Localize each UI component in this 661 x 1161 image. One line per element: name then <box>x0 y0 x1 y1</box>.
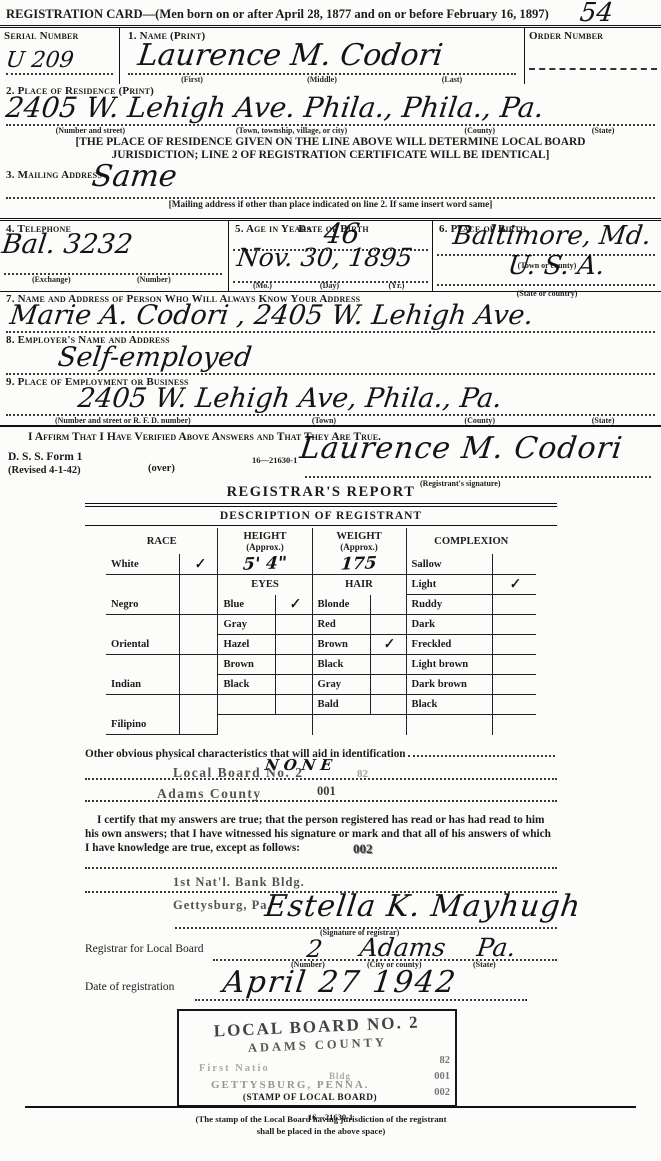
sublabel-emp-county: (County) <box>408 416 551 425</box>
dob-value: Nov. 30, 1895 <box>235 243 414 272</box>
eye-blue-checkmark: ✓ <box>276 595 312 615</box>
serial-number-label: Serial Number <box>4 30 115 42</box>
employer-row: 8. Employer's Name and Address Self-empl… <box>0 333 661 375</box>
sublabel-board-state: (State) <box>473 960 496 969</box>
card-footer: D. S. S. Form 1 (Revised 4-1-42) (over) … <box>0 443 661 489</box>
age-dob-cell: 5. Age in Years 46 Date of Birth Nov. 30… <box>228 221 433 291</box>
sublabel-month: (Mo.) <box>229 281 296 290</box>
complexion-option-black: Black <box>406 695 492 715</box>
stamp-number-001: 001 <box>434 1071 450 1082</box>
complexion-light-checkmark: ✓ <box>492 575 536 595</box>
exceptions-rule <box>85 867 557 869</box>
stamp-number-82: 82 <box>440 1055 451 1066</box>
sublabel-number: (Number) <box>103 275 206 284</box>
local-board-stamp-box: LOCAL BOARD NO. 2 ADAMS COUNTY First Nat… <box>177 1009 457 1107</box>
eye-option-blue: Blue <box>218 595 276 615</box>
complexion-option-dark-brown: Dark brown <box>406 675 492 695</box>
sublabel-day: (Day) <box>296 281 363 290</box>
phone-age-birth-row: 4. Telephone Bal. 3232 (Exchange) (Numbe… <box>0 221 661 291</box>
eye-option-hazel: Hazel <box>218 635 276 655</box>
hair-option-black: Black <box>312 655 370 675</box>
birthplace-country-value: U. S. A. <box>506 251 606 281</box>
certification-text: I certify that my answers are true; that… <box>85 814 551 854</box>
birthplace-town-value: Baltimore, Md. <box>451 221 653 251</box>
mailing-address-label: 3. Mailing Address <box>6 169 102 181</box>
order-number-label: Order Number <box>529 30 657 42</box>
report-title: REGISTRAR'S REPORT <box>85 484 557 501</box>
employment-place-row: 9. Place of Employment or Business 2405 … <box>0 375 661 427</box>
complexion-option-freckled: Freckled <box>406 635 492 655</box>
sublabel-emp-state: (State) <box>551 416 655 425</box>
date-of-registration-label: Date of registration <box>85 981 174 993</box>
sublabel-first: (First) <box>128 75 256 84</box>
local-board-city-value: Adams <box>358 933 447 962</box>
sublabel-number-rfd: (Number and street or R. F. D. number) <box>6 416 240 425</box>
bottom-print-code: 16—21630-1 <box>0 1112 661 1122</box>
stamp-faint-building-left: First Natio <box>199 1063 270 1074</box>
overstamp-number-002: 002 <box>353 841 373 857</box>
complexion-option-light: Light <box>406 575 492 595</box>
card-title-row: REGISTRATION CARD—(Men born on or after … <box>0 0 661 28</box>
serial-number-line: U 209 <box>6 48 113 75</box>
local-board-stamp: LOCAL BOARD NO. 2 ADAMS COUNTY <box>178 1011 455 1059</box>
hair-option-blonde: Blonde <box>312 595 370 615</box>
dob-sublabels: (Mo.) (Day) (Yr.) <box>229 281 432 290</box>
complexion-option-sallow: Sallow <box>406 554 492 575</box>
eye-option-gray: Gray <box>218 615 276 635</box>
eyes-header: EYES <box>218 575 312 595</box>
residence-row: 2. Place of Residence (Print) 2405 W. Le… <box>0 84 661 135</box>
registrar-certification: I certify that my answers are true; that… <box>85 814 557 855</box>
complexion-option-ruddy: Ruddy <box>406 595 492 615</box>
local-board-overstamp-line2: Adams County <box>157 786 262 802</box>
sublabel-middle: (Middle) <box>256 75 388 84</box>
hair-option-gray: Gray <box>312 675 370 695</box>
complexion-option-light-brown: Light brown <box>406 655 492 675</box>
hair-header: HAIR <box>312 575 406 595</box>
weight-header: WEIGHT (Approx.) <box>312 528 406 554</box>
race-option-oriental: Oriental <box>106 635 180 655</box>
race-option-white: White <box>106 554 180 575</box>
card-title: REGISTRATION CARD—(Men born on or after … <box>6 7 549 21</box>
stamp-caption-line2: shall be placed in the above space) <box>85 1126 557 1137</box>
hair-option-bald: Bald <box>312 695 370 715</box>
form-revision: (Revised 4-1-42) <box>8 465 82 478</box>
residence-value: 2405 W. Lehigh Ave. Phila., Phila., Pa. <box>4 91 546 124</box>
date-of-registration-row: Date of registration April 27 1942 <box>85 969 557 1005</box>
other-characteristics-answer-block: NONE Local Board No. 2 82 Adams County 0… <box>85 760 557 812</box>
registrar-signature-row: Gettysburg, Pa. Estella K. Mayhugh (Sign… <box>85 897 557 937</box>
description-of-registrant-table: RACE HEIGHT (Approx.) WEIGHT (Approx.) C… <box>106 528 536 735</box>
race-option-indian: Indian <box>106 675 180 695</box>
name-sublabels: (First) (Middle) (Last) <box>128 75 516 84</box>
report-subtitle: DESCRIPTION OF REGISTRANT <box>85 510 557 526</box>
sublabel-state: (State) <box>551 126 655 135</box>
eye-option-black: Black <box>218 675 276 695</box>
mailing-rule <box>6 197 655 199</box>
hair-option-brown: Brown <box>312 635 370 655</box>
employment-sublabels: (Number and street or R. F. D. number) (… <box>6 416 655 425</box>
sublabel-town: (Town, township, village, or city) <box>175 126 409 135</box>
over-note: (over) <box>148 463 175 474</box>
serial-name-order-row: Serial Number U 209 1. Name (Print) Laur… <box>0 28 661 84</box>
registrant-signature: Laurence M. Codori <box>298 431 625 466</box>
date-of-registration-value: April 27 1942 <box>221 965 459 1000</box>
weight-value: 175 <box>312 554 406 575</box>
sublabel-year: (Yr.) <box>363 281 430 290</box>
sublabel-exchange: (Exchange) <box>0 275 103 284</box>
sublabel-last: (Last) <box>388 75 516 84</box>
stamp-city-state: GETTYSBURG, PENNA. <box>211 1079 370 1091</box>
sublabel-state-or-country: (State or country) <box>517 289 578 298</box>
contact-person-value: Marie A. Codori , 2405 W. Lehigh Ave. <box>8 300 535 331</box>
bottom-rule <box>25 1106 636 1108</box>
telephone-cell: 4. Telephone Bal. 3232 (Exchange) (Numbe… <box>0 221 228 291</box>
local-board-overstamp-line1: Local Board No. 2 <box>173 765 304 781</box>
complexion-option-dark: Dark <box>406 615 492 635</box>
address-stamp-line2: Gettysburg, Pa. <box>173 898 272 913</box>
name-value: Laurence M. Codori <box>136 38 445 73</box>
form-id: D. S. S. Form 1 (Revised 4-1-42) <box>8 451 82 477</box>
name-cell: 1. Name (Print) Laurence M. Codori (Firs… <box>120 28 525 84</box>
draft-registration-card-scan: REGISTRATION CARD—(Men born on or after … <box>0 0 661 1161</box>
employment-place-value: 2405 W. Lehigh Ave, Phila., Pa. <box>76 383 504 414</box>
residence-note-line1: [THE PLACE OF RESIDENCE GIVEN ON THE LIN… <box>30 136 631 149</box>
form-id-text: D. S. S. Form 1 <box>8 451 82 465</box>
overstamp-faint-number: 82 <box>357 768 368 780</box>
overstamp-number-001: 001 <box>317 784 336 799</box>
race-white-checkmark: ✓ <box>180 554 218 575</box>
height-header: HEIGHT (Approx.) <box>218 528 312 554</box>
local-board-state-value: Pa. <box>475 933 517 962</box>
stamp-number-002: 002 <box>434 1087 450 1098</box>
mailing-address-row: 3. Mailing Address Same [Mailing address… <box>0 163 661 221</box>
race-option-filipino: Filipino <box>106 715 180 735</box>
telephone-value: Bal. 3232 <box>0 229 134 260</box>
sublabel-number-street: (Number and street) <box>6 126 175 135</box>
registrars-report: REGISTRAR'S REPORT DESCRIPTION OF REGIST… <box>85 484 557 1137</box>
answer-rule-1 <box>85 778 557 780</box>
report-title-rule <box>85 503 557 507</box>
eye-option-brown: Brown <box>218 655 276 675</box>
residence-sublabels: (Number and street) (Town, township, vil… <box>6 126 655 135</box>
hair-brown-checkmark: ✓ <box>370 635 406 655</box>
handwritten-page-number: 54 <box>578 0 615 28</box>
other-characteristics-leader <box>408 755 555 757</box>
order-number-cell: Order Number <box>525 28 661 84</box>
race-header: RACE <box>106 528 218 554</box>
sublabel-county: (County) <box>408 126 551 135</box>
birthplace-cell: 6. Place of Birth Baltimore, Md. (Town o… <box>433 221 661 291</box>
complexion-sallow-checkcell <box>492 554 536 575</box>
answer-rule-2 <box>85 800 557 802</box>
registrant-signature-rule <box>305 476 651 478</box>
telephone-sublabels: (Exchange) (Number) <box>0 275 228 284</box>
other-characteristics-label: Other obvious physical characteristics t… <box>85 748 406 760</box>
race-option-negro: Negro <box>106 595 180 615</box>
order-number-blank-line <box>529 68 657 70</box>
mailing-note: [Mailing address if other than place ind… <box>0 200 661 210</box>
height-value: 5' 4" <box>218 554 312 575</box>
stamp-of-local-board-label: (STAMP OF LOCAL BOARD) <box>179 1093 441 1103</box>
print-code: 16—21630-1 <box>252 455 297 465</box>
registration-card-front: REGISTRATION CARD—(Men born on or after … <box>0 0 661 489</box>
sublabel-emp-town: (Town) <box>240 416 409 425</box>
serial-number-cell: Serial Number U 209 <box>0 28 120 84</box>
local-board-label: Registrar for Local Board <box>85 943 203 955</box>
hair-option-red: Red <box>312 615 370 635</box>
registrar-signature: Estella K. Mayhugh <box>263 889 583 924</box>
dob-label: Date of Birth <box>235 223 432 235</box>
mailing-address-value: Same <box>90 159 179 194</box>
complexion-header: COMPLEXION <box>406 528 536 554</box>
employer-value: Self-employed <box>56 342 253 373</box>
date-rule <box>195 999 527 1001</box>
serial-number-value: U 209 <box>4 48 75 73</box>
